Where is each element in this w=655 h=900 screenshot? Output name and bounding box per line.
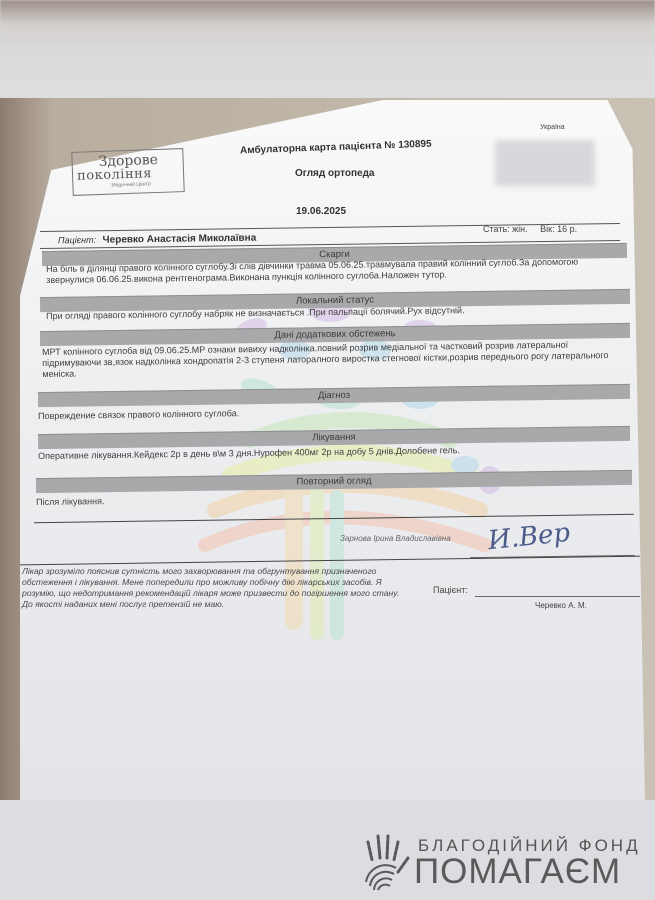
- patient-name: Черевко Анастасія Миколаївна: [103, 233, 257, 246]
- patient-sign-label: Пацієнт:: [433, 585, 468, 595]
- patient-demographics: Стать: жін. Вік: 16 р.: [483, 224, 577, 234]
- background-blur-top: [0, 0, 655, 98]
- exam-type: Огляд ортопеда: [295, 168, 374, 179]
- age-label: Вік:: [540, 224, 554, 234]
- patient-label: Пацієнт:: [58, 235, 96, 246]
- patient-signature-line: [475, 596, 640, 597]
- doctor-name: Зарнова Ірина Владиславівна: [340, 534, 451, 543]
- foundation-name: ПОМАГАЄМ: [414, 852, 621, 892]
- sex-label: Стать:: [483, 224, 510, 234]
- sex-value: жін.: [512, 224, 528, 234]
- exam-date: 19.06.2025: [296, 206, 346, 217]
- clinic-logo: Здорове покоління Медичний Центр: [71, 148, 184, 196]
- country-label: Україна: [540, 124, 565, 131]
- consent-text: Лікар зрозуміло пояснив сутність мого за…: [22, 566, 402, 610]
- foundation-logo: БЛАГОДІЙНИЙ ФОНД ПОМАГАЄМ: [360, 828, 650, 894]
- redacted-address: [495, 140, 595, 186]
- hand-print-icon: [360, 832, 412, 892]
- age-value: 16 р.: [557, 224, 577, 234]
- clinic-logo-subtitle: Медичний Центр: [111, 181, 150, 188]
- patient-sign-name: Черевко А. М.: [535, 601, 587, 610]
